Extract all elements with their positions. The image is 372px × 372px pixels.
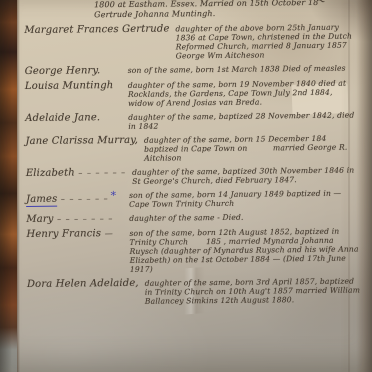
entry-name-cell: Louisa Muntingh bbox=[25, 81, 128, 92]
entry-name-cell: Henry Francis — bbox=[26, 229, 129, 240]
entry-name: Margaret Frances Gertrude bbox=[24, 23, 169, 36]
register-entry: Louisa Muntingh daughter of the same, bo… bbox=[25, 78, 367, 109]
entry-name-cell: Jane Clarissa Murray, bbox=[25, 136, 144, 147]
register-entry: Jane Clarissa Murray, daughter of the sa… bbox=[25, 133, 367, 164]
book-binding bbox=[0, 0, 17, 372]
register-entry: Dora Helen Adelaide, daughter of the sam… bbox=[27, 276, 369, 307]
entry-name-dashes: — bbox=[101, 229, 114, 238]
entry-name-dashes: – – – – – – – bbox=[53, 214, 113, 224]
register-entry: George Henry. son of the same, born 1st … bbox=[25, 63, 367, 77]
entry-details: daughter of the same - Died. bbox=[129, 211, 368, 223]
entry-details: daughter of the same, baptized 28 Novemb… bbox=[128, 110, 367, 131]
register-entry: James – – – – – –* son of the same, born… bbox=[26, 188, 368, 210]
register-entry: Elizabeth – – – – – – daughter of the sa… bbox=[26, 165, 368, 187]
entry-name: Louisa Muntingh bbox=[25, 80, 114, 92]
register-entry: Margaret Frances Gertrude daughter of th… bbox=[24, 22, 366, 62]
entry-details: son of the same, born 14 January 1849 ba… bbox=[129, 188, 368, 209]
entry-name: Jane Clarissa Murray, bbox=[25, 135, 138, 147]
entry-details: daughter of the above born 25th January … bbox=[175, 22, 366, 60]
entry-name: Adelaide Jane. bbox=[25, 112, 100, 124]
entry-details: daughter of the same, born 3rd April 185… bbox=[145, 276, 370, 305]
entry-name: Dora Helen Adelaide, bbox=[27, 278, 139, 290]
register-entry: Adelaide Jane. daughter of the same, bap… bbox=[25, 110, 367, 132]
binding-edge-shadow bbox=[17, 0, 20, 372]
entry-details: daughter of the same, born 15 December 1… bbox=[144, 133, 368, 162]
entry-name: James bbox=[26, 194, 57, 207]
annotation-asterisk-icon: * bbox=[111, 189, 117, 202]
entry-name-cell: James – – – – – –* bbox=[26, 191, 129, 205]
entry-name-cell: Elizabeth – – – – – – bbox=[26, 168, 132, 179]
entry-name-cell: Dora Helen Adelaide, bbox=[27, 279, 145, 290]
register-entry: Mary – – – – – – – daughter of the same … bbox=[26, 211, 368, 225]
handwritten-text-block: ~ 1800 at Eastham. Essex. Married on 15t… bbox=[24, 0, 369, 307]
entry-name: Elizabeth bbox=[26, 167, 75, 179]
header-line: Gertrude Johanna Muntingh. bbox=[94, 7, 366, 20]
entry-details: daughter of the same, born 19 November 1… bbox=[128, 78, 367, 108]
entry-name-cell: George Henry. bbox=[25, 66, 128, 77]
entry-name: Henry Francis bbox=[26, 228, 101, 240]
entries-list: Margaret Frances Gertrude daughter of th… bbox=[24, 22, 369, 307]
entry-name-cell: Mary – – – – – – – bbox=[26, 214, 129, 225]
entry-name-dashes: – – – – – – bbox=[75, 168, 126, 178]
photograph-of-register-page: ~ 1800 at Eastham. Essex. Married on 15t… bbox=[0, 0, 372, 372]
entry-details: son of the same, born 1st March 1838 Die… bbox=[128, 63, 367, 75]
entry-name-cell: Margaret Frances Gertrude bbox=[24, 24, 175, 36]
entry-name-dashes: – – – – – – bbox=[57, 194, 108, 204]
entry-details: son of the same, born 12th August 1852, … bbox=[129, 226, 368, 274]
entry-name-cell: Adelaide Jane. bbox=[25, 113, 128, 124]
entry-name: George Henry. bbox=[25, 65, 101, 77]
entry-name: Mary bbox=[26, 214, 53, 225]
entry-details: daughter of the same, baptized 30th Nove… bbox=[132, 165, 368, 185]
register-entry: Henry Francis — son of the same, born 12… bbox=[26, 226, 368, 275]
